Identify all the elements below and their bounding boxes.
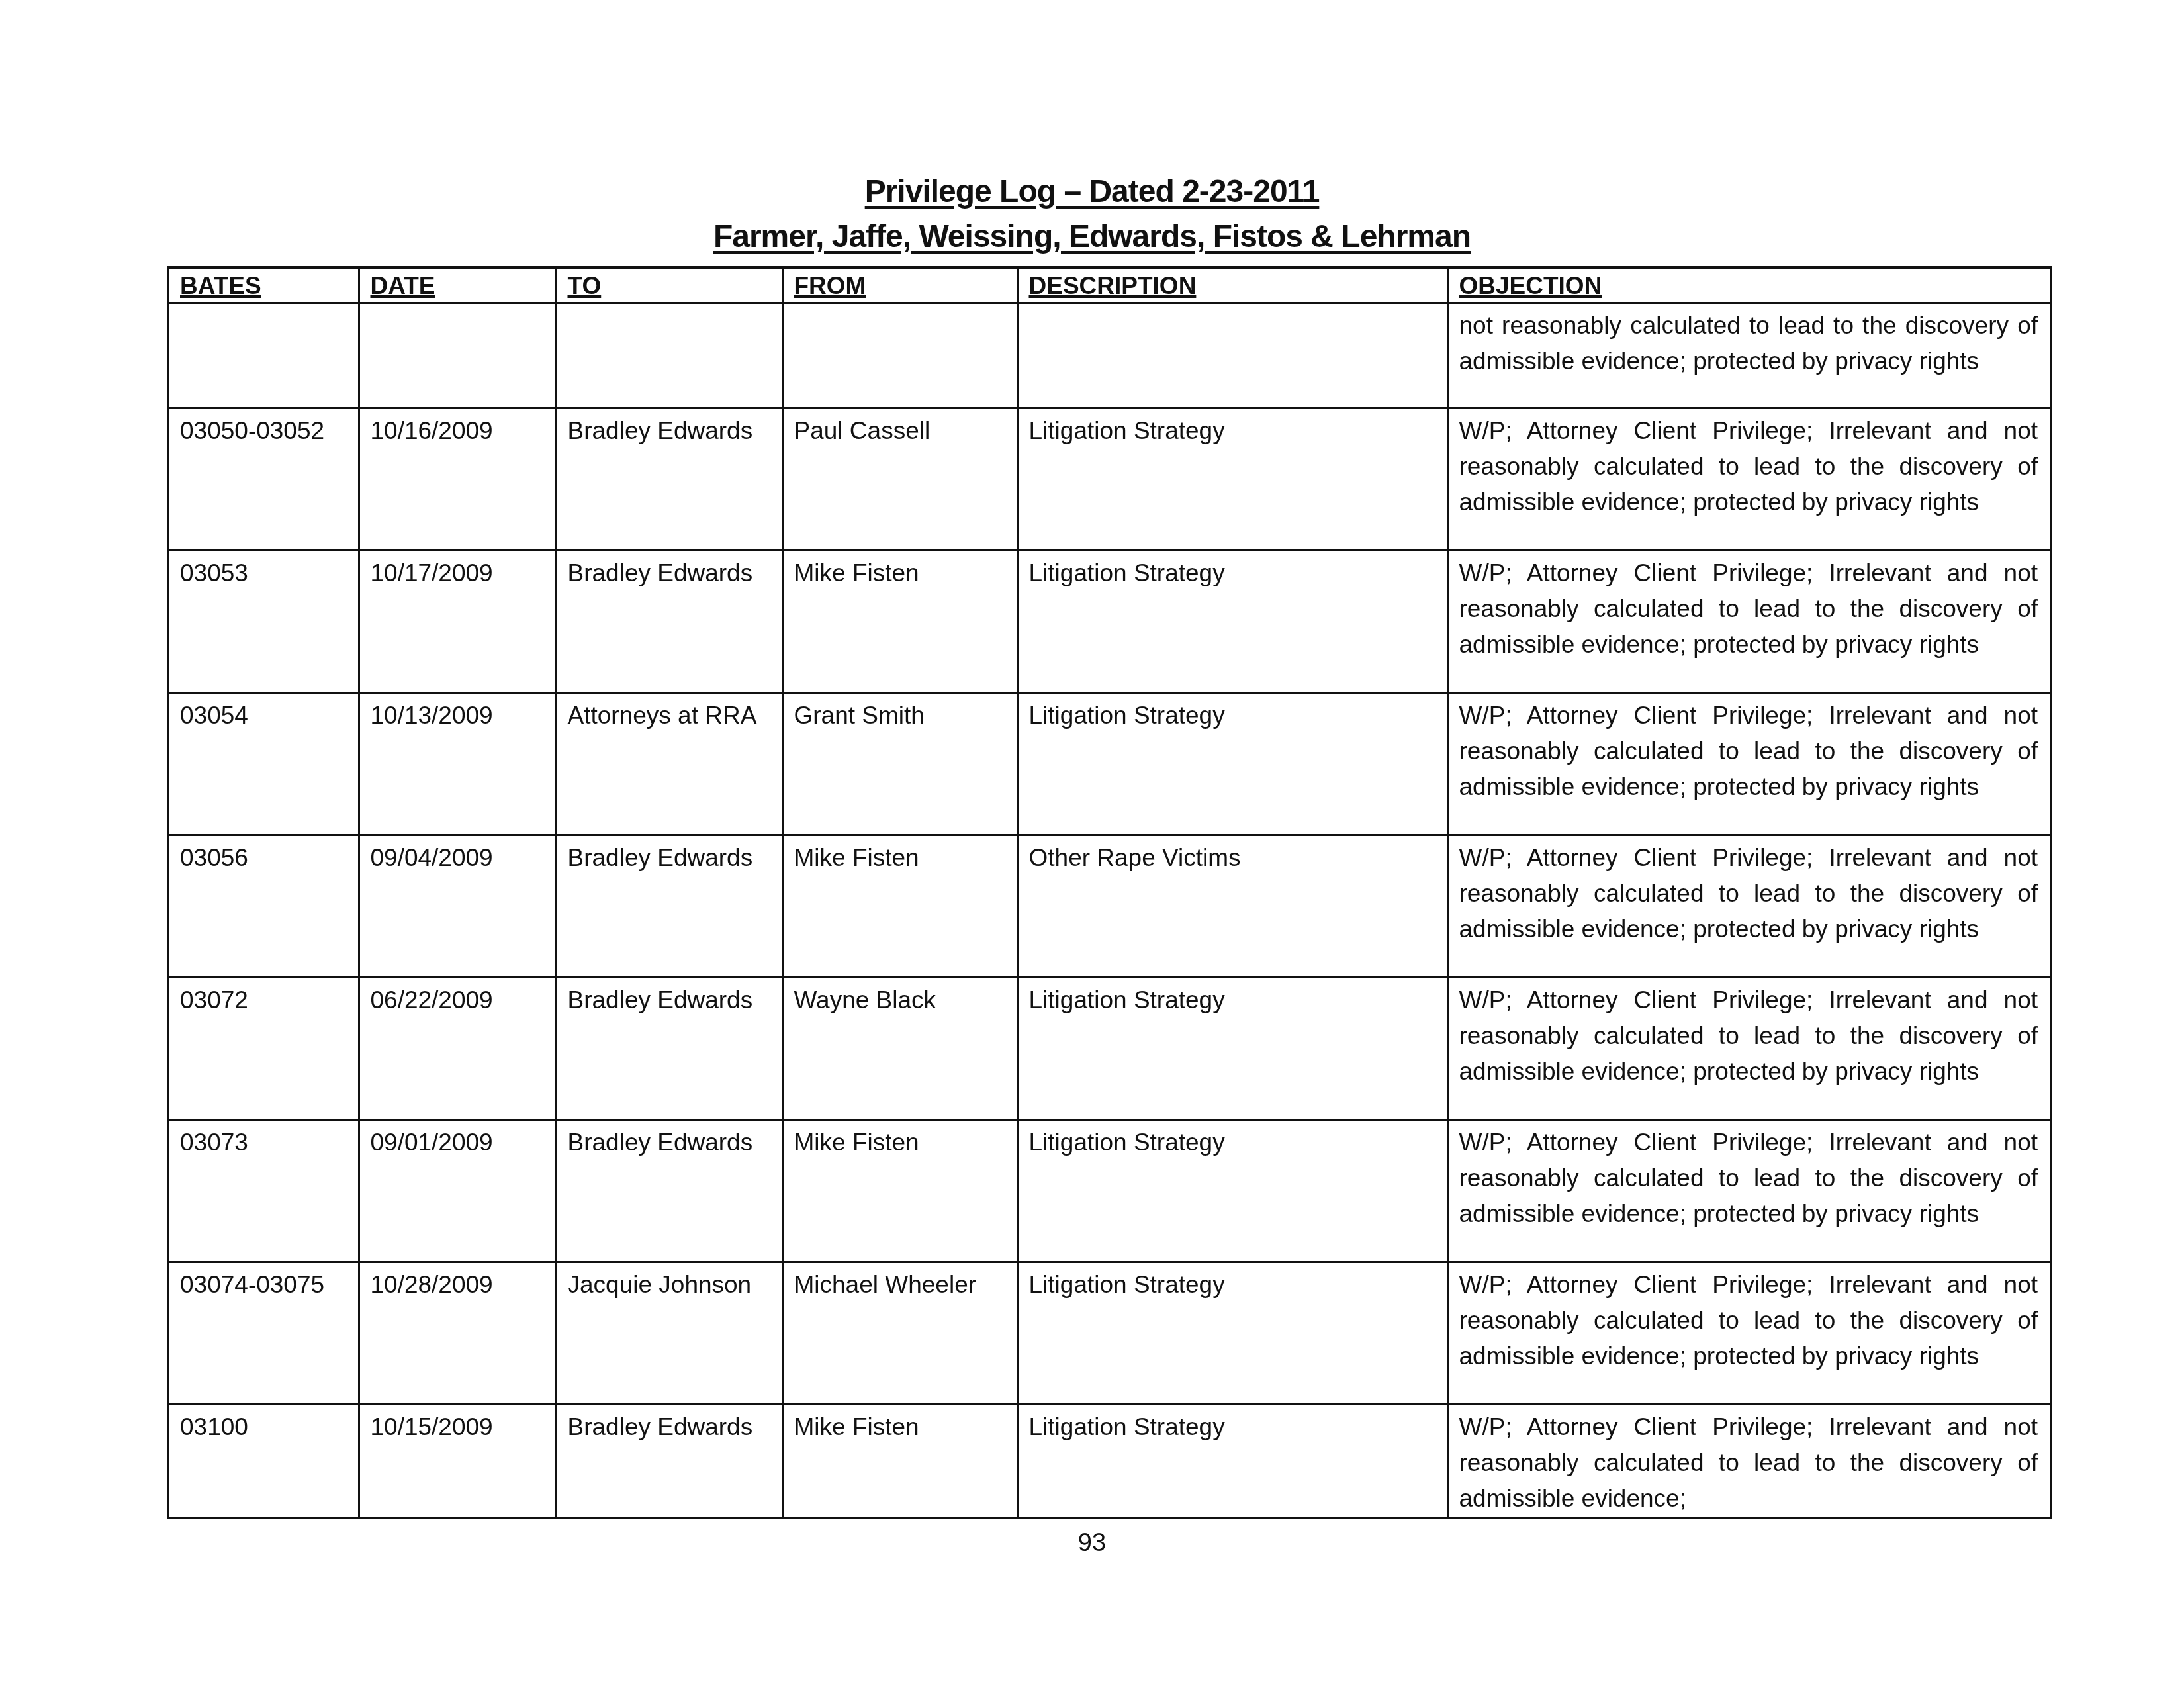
cell-to: Bradley Edwards [556, 978, 782, 1120]
cell-bates: 03100 [168, 1405, 359, 1519]
cell-objection: W/P; Attorney Client Privilege; Irreleva… [1447, 835, 2051, 978]
cell-date: 10/15/2009 [359, 1405, 556, 1519]
table-row: 0305609/04/2009Bradley EdwardsMike Fiste… [168, 835, 2051, 978]
cell-from: Wayne Black [782, 978, 1017, 1120]
cell-date: 10/16/2009 [359, 408, 556, 551]
cell-objection: W/P; Attorney Client Privilege; Irreleva… [1447, 408, 2051, 551]
cell-objection: not reasonably calculated to lead to the… [1447, 303, 2051, 408]
cell-to: Attorneys at RRA [556, 693, 782, 835]
cell-from: Mike Fisten [782, 551, 1017, 693]
cell-bates: 03072 [168, 978, 359, 1120]
cell-date: 10/13/2009 [359, 693, 556, 835]
document-subtitle: Farmer, Jaffe, Weissing, Edwards, Fistos… [0, 218, 2184, 255]
cell-bates: 03050-03052 [168, 408, 359, 551]
cell-bates [168, 303, 359, 408]
cell-objection: W/P; Attorney Client Privilege; Irreleva… [1447, 978, 2051, 1120]
cell-to: Bradley Edwards [556, 408, 782, 551]
cell-bates: 03074-03075 [168, 1262, 359, 1405]
cell-description: Litigation Strategy [1017, 1405, 1447, 1519]
cell-objection: W/P; Attorney Client Privilege; Irreleva… [1447, 551, 2051, 693]
header-objection: OBJECTION [1447, 267, 2051, 303]
cell-bates: 03073 [168, 1120, 359, 1262]
table-row: 0307206/22/2009Bradley EdwardsWayne Blac… [168, 978, 2051, 1120]
table-row: 03074-0307510/28/2009Jacquie JohnsonMich… [168, 1262, 2051, 1405]
cell-date: 10/28/2009 [359, 1262, 556, 1405]
cell-from: Michael Wheeler [782, 1262, 1017, 1405]
privilege-log-table: BATES DATE TO FROM DESCRIPTION OBJECTION… [167, 266, 2052, 1519]
cell-bates: 03053 [168, 551, 359, 693]
cell-description: Litigation Strategy [1017, 551, 1447, 693]
cell-description: Other Rape Victims [1017, 835, 1447, 978]
table-row: 03050-0305210/16/2009Bradley EdwardsPaul… [168, 408, 2051, 551]
cell-objection: W/P; Attorney Client Privilege; Irreleva… [1447, 1262, 2051, 1405]
cell-description: Litigation Strategy [1017, 978, 1447, 1120]
cell-to: Bradley Edwards [556, 835, 782, 978]
cell-date: 09/01/2009 [359, 1120, 556, 1262]
cell-to: Bradley Edwards [556, 1120, 782, 1262]
cell-objection: W/P; Attorney Client Privilege; Irreleva… [1447, 1405, 2051, 1519]
cell-from: Paul Cassell [782, 408, 1017, 551]
table-row: 0305310/17/2009Bradley EdwardsMike Fiste… [168, 551, 2051, 693]
cell-objection: W/P; Attorney Client Privilege; Irreleva… [1447, 1120, 2051, 1262]
cell-to: Bradley Edwards [556, 1405, 782, 1519]
cell-date: 09/04/2009 [359, 835, 556, 978]
table-row: not reasonably calculated to lead to the… [168, 303, 2051, 408]
cell-objection: W/P; Attorney Client Privilege; Irreleva… [1447, 693, 2051, 835]
page-number: 93 [0, 1529, 2184, 1558]
cell-to: Jacquie Johnson [556, 1262, 782, 1405]
header-from: FROM [782, 267, 1017, 303]
table-row: 0307309/01/2009Bradley EdwardsMike Fiste… [168, 1120, 2051, 1262]
table-header-row: BATES DATE TO FROM DESCRIPTION OBJECTION [168, 267, 2051, 303]
cell-description: Litigation Strategy [1017, 1262, 1447, 1405]
header-to: TO [556, 267, 782, 303]
table-row: 0310010/15/2009Bradley EdwardsMike Fiste… [168, 1405, 2051, 1519]
cell-date: 06/22/2009 [359, 978, 556, 1120]
cell-description [1017, 303, 1447, 408]
cell-to [556, 303, 782, 408]
cell-to: Bradley Edwards [556, 551, 782, 693]
header-description: DESCRIPTION [1017, 267, 1447, 303]
cell-from [782, 303, 1017, 408]
header-bates: BATES [168, 267, 359, 303]
document-title: Privilege Log – Dated 2-23-2011 [0, 173, 2184, 210]
cell-description: Litigation Strategy [1017, 408, 1447, 551]
cell-bates: 03056 [168, 835, 359, 978]
header-date: DATE [359, 267, 556, 303]
cell-from: Mike Fisten [782, 1405, 1017, 1519]
cell-description: Litigation Strategy [1017, 693, 1447, 835]
cell-from: Mike Fisten [782, 835, 1017, 978]
cell-description: Litigation Strategy [1017, 1120, 1447, 1262]
cell-from: Grant Smith [782, 693, 1017, 835]
cell-bates: 03054 [168, 693, 359, 835]
cell-date [359, 303, 556, 408]
table-row: 0305410/13/2009Attorneys at RRAGrant Smi… [168, 693, 2051, 835]
cell-date: 10/17/2009 [359, 551, 556, 693]
cell-from: Mike Fisten [782, 1120, 1017, 1262]
